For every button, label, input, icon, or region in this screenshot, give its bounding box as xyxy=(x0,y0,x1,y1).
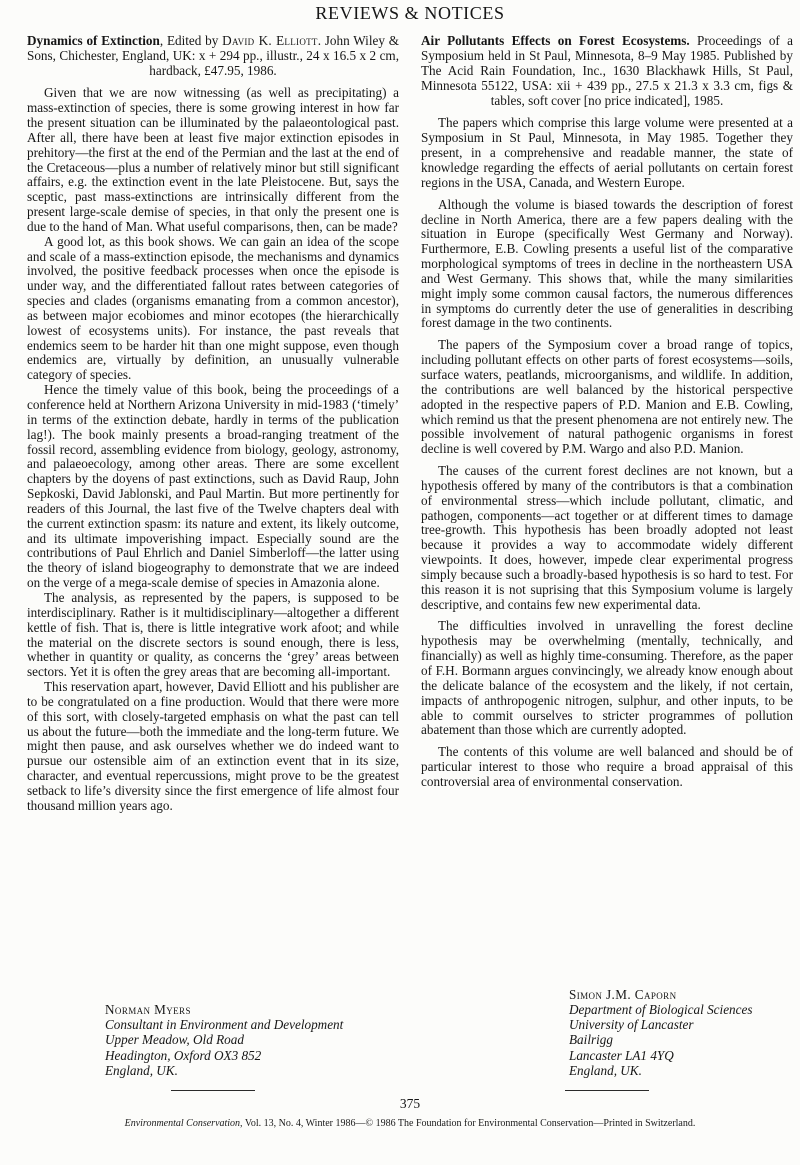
reviewer-address-line: Department of Biological Sciences xyxy=(569,1002,793,1017)
left-column: Dynamics of Extinction, Edited by David … xyxy=(27,33,399,1093)
reviewer-address-line: Consultant in Environment and Developmen… xyxy=(105,1017,399,1032)
reviewer-address-line: Lancaster LA1 4YQ xyxy=(569,1048,793,1063)
section-divider-rule xyxy=(565,1090,649,1091)
right-review-heading: Air Pollutants Effects on Forest Ecosyst… xyxy=(421,33,793,108)
left-book-title: Dynamics of Extinction xyxy=(27,33,160,48)
journal-footer-text: Vol. 13, No. 4, Winter 1986—© 1986 The F… xyxy=(243,1118,696,1129)
review-paragraph: The contents of this volume are well bal… xyxy=(421,745,793,790)
review-paragraph: The papers which comprise this large vol… xyxy=(421,116,793,190)
reviewer-address-line: England, UK. xyxy=(105,1063,399,1078)
review-paragraph: Hence the timely value of this book, bei… xyxy=(27,383,399,591)
review-paragraph: This reservation apart, however, David E… xyxy=(27,680,399,814)
journal-page: REVIEWS & NOTICES Dynamics of Extinction… xyxy=(0,0,800,1165)
review-paragraph: A good lot, as this book shows. We can g… xyxy=(27,235,399,383)
reviewer-address-line: Upper Meadow, Old Road xyxy=(105,1032,399,1047)
left-heading-text: , Edited by xyxy=(160,33,222,48)
two-column-layout: Dynamics of Extinction, Edited by David … xyxy=(27,33,793,1093)
reviewer-name: Simon J.M. Caporn xyxy=(569,987,793,1002)
right-column: Air Pollutants Effects on Forest Ecosyst… xyxy=(421,33,793,1093)
review-paragraph: The analysis, as represented by the pape… xyxy=(27,591,399,680)
review-paragraph: The difficulties involved in unravelling… xyxy=(421,619,793,738)
right-reviewer-signature: Simon J.M. Caporn Department of Biologic… xyxy=(569,987,793,1078)
review-paragraph: The causes of the current forest decline… xyxy=(421,464,793,612)
reviewer-address-line: Headington, Oxford OX3 852 xyxy=(105,1048,399,1063)
reviewer-name: Norman Myers xyxy=(105,1002,399,1017)
left-reviewer-signature: Norman Myers Consultant in Environment a… xyxy=(105,1002,399,1078)
reviewer-address-line: University of Lancaster xyxy=(569,1017,793,1032)
journal-name: Environmental Conservation, xyxy=(125,1118,243,1129)
reviewer-address-line: England, UK. xyxy=(569,1063,793,1078)
section-divider-rule xyxy=(171,1090,255,1091)
right-book-title: Air Pollutants Effects on Forest Ecosyst… xyxy=(421,33,690,48)
review-paragraph: Although the volume is biased towards th… xyxy=(421,198,793,332)
journal-footer: Environmental Conservation, Vol. 13, No.… xyxy=(27,1118,793,1130)
review-paragraph: The papers of the Symposium cover a broa… xyxy=(421,338,793,457)
page-title: REVIEWS & NOTICES xyxy=(27,3,793,24)
reviewer-address-line: Bailrigg xyxy=(569,1032,793,1047)
review-paragraph: Given that we are now witnessing (as wel… xyxy=(27,86,399,234)
left-editor-name: David K. Elliott xyxy=(222,33,318,48)
page-number: 375 xyxy=(27,1096,793,1111)
left-review-heading: Dynamics of Extinction, Edited by David … xyxy=(27,33,399,78)
